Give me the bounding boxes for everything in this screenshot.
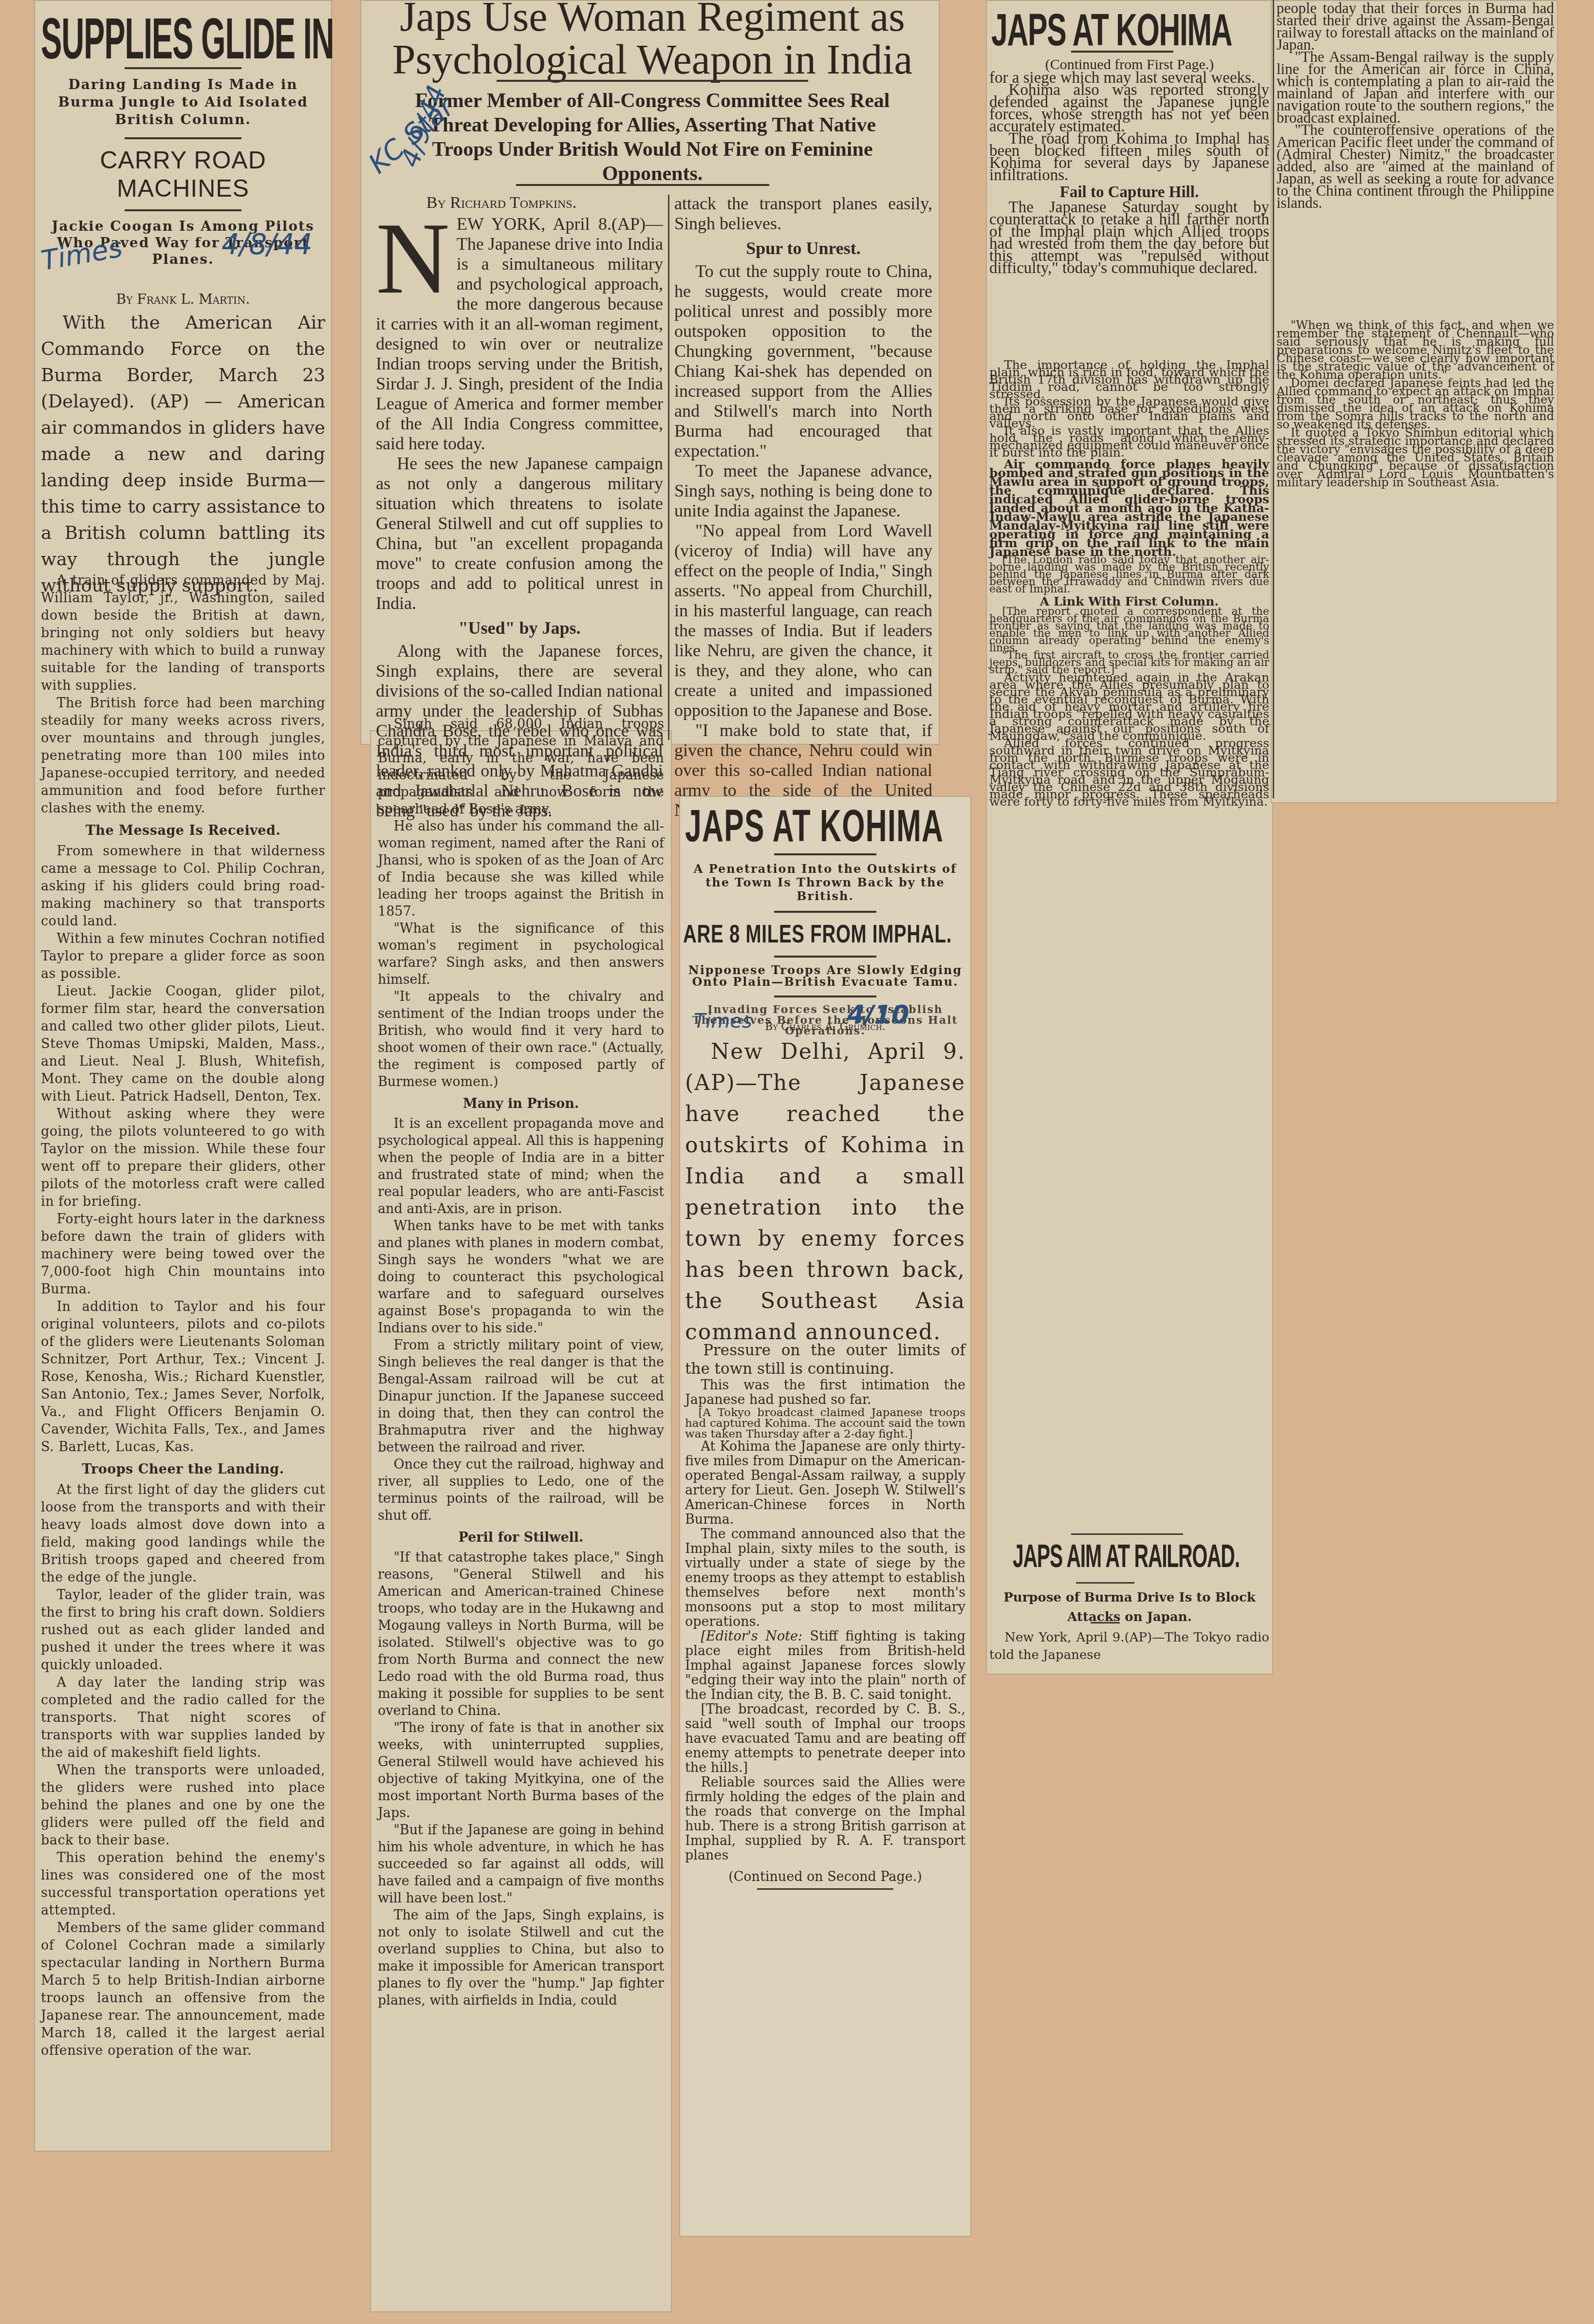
paragraph: In addition to Taylor and his four origi… <box>41 1298 325 1456</box>
paragraph: It is an excellent propaganda move and p… <box>378 1115 664 1217</box>
paragraph: Singh said 68,000 Indian troops captured… <box>378 716 664 818</box>
subhead: "Used" by Japs. <box>376 618 663 638</box>
paragraph: A day later the landing strip was comple… <box>41 1674 325 1762</box>
paragraph: The road from Kohima to Imphal has been … <box>989 133 1269 182</box>
paragraph: [The report quoted a correspondent at th… <box>989 608 1269 652</box>
drop-cap: N <box>376 217 450 300</box>
subhead: Troops Cheer the Landing. <box>41 1461 325 1478</box>
paragraph: New York, April 9.(AP)—The Tokyo radio t… <box>989 1629 1269 1664</box>
subhead: Many in Prison. <box>378 1095 664 1112</box>
paragraph: "If that catastrophe takes place," Singh… <box>378 1549 664 1719</box>
paragraph: attack the transport planes easily, Sing… <box>674 194 932 234</box>
paragraph: To cut the supply route to China, he sug… <box>674 261 932 461</box>
subhead: Fail to Capture Hill. <box>989 186 1269 199</box>
paragraph: It also is vastly important that the All… <box>989 427 1269 456</box>
paragraph: When tanks have to be met with tanks and… <box>378 1217 664 1337</box>
paragraph: Once they cut the railroad, highway and … <box>378 1456 664 1524</box>
headline-secondary: ARE 8 MILES FROM IMPHAL. <box>683 920 896 949</box>
deck: Nipponese Troops Are Slowly Edging Onto … <box>684 964 966 988</box>
divider <box>125 209 241 211</box>
paragraph: At the first light of day the gliders cu… <box>41 1481 325 1586</box>
paragraph: From somewhere in that wilderness came a… <box>41 843 325 930</box>
paragraph: When the transports were unloaded, the g… <box>41 1762 325 1849</box>
divider <box>497 80 808 82</box>
paragraph: Reliable sources said the Allies were fi… <box>685 1775 965 1863</box>
paragraph: He also has under his command the all-wo… <box>378 818 664 920</box>
deck: Purpose of Burma Drive Is to Block Attac… <box>988 1588 1271 1627</box>
editor-note: [Editor's Note: Stiff fighting is taking… <box>685 1629 965 1702</box>
column-1-continued: The importance of holding the Imphal pla… <box>989 361 1269 805</box>
paragraph: Without asking where they were going, th… <box>41 1106 325 1211</box>
paragraph: To meet the Japanese advance, Singh says… <box>674 461 932 521</box>
continued-note: (Continued on Second Page.) <box>685 1870 965 1884</box>
end-rule <box>757 1888 893 1890</box>
headline-secondary: CARRY ROAD MACHINES <box>34 146 332 203</box>
paragraph: This operation behind the enemy's lines … <box>41 1849 325 1919</box>
paragraph: The aim of the Japs, Singh explains, is … <box>378 1907 664 2009</box>
paragraph: "But if the Japanese are going in behind… <box>378 1822 664 1907</box>
paragraph: Pressure on the outer limits of the town… <box>685 1341 965 1378</box>
byline: By Frank L. Martin. <box>34 291 332 307</box>
headline: Japs Use Woman Regiment as Psychological… <box>370 0 935 81</box>
paragraph: "The counteroffensive operations of the … <box>1277 124 1554 209</box>
paragraph: Domei declared Japanese feints had led t… <box>1277 379 1554 429</box>
paragraph: At Kohima the Japanese are only thirty-f… <box>685 1439 965 1527</box>
paragraph: "What is the significance of this woman'… <box>378 920 664 988</box>
clipping-kohima-front: JAPS AT KOHIMA A Penetration Into the Ou… <box>679 796 971 2237</box>
headline-secondary: JAPS AIM AT RAILROAD. <box>1013 1537 1240 1574</box>
article-body-continued: Pressure on the outer limits of the town… <box>685 1341 965 1890</box>
headline: JAPS AT KOHIMA <box>685 801 944 852</box>
paragraph: Taylor, leader of the glider train, was … <box>41 1586 325 1674</box>
deck: A Penetration Into the Outskirts of the … <box>684 862 966 903</box>
byline: By Charles A. Grumich. <box>679 1021 971 1033</box>
article-body-continued: A train of gliders commanded by Maj. Wil… <box>41 572 325 2060</box>
divider <box>1076 1582 1134 1584</box>
divider <box>125 137 241 139</box>
paragraph: New Delhi, April 9. (AP)—The Japanese ha… <box>685 1036 965 1348</box>
column-2: attack the transport planes easily, Sing… <box>674 194 932 820</box>
paragraph: A train of gliders commanded by Maj. Wil… <box>41 572 325 695</box>
paragraph: "When we think of this fact, and when we… <box>1277 321 1554 379</box>
subhead: Spur to Unrest. <box>674 239 932 258</box>
subhead: A Link With First Column. <box>989 598 1269 605</box>
column-1-continued: Singh said 68,000 Indian troops captured… <box>378 716 664 2009</box>
paragraph: "It appeals to the chivalry and sentimen… <box>378 988 664 1090</box>
paragraph: Within a few minutes Cochran notified Ta… <box>41 930 325 983</box>
paragraph: "No appeal from Lord Wavell (viceroy of … <box>674 521 932 720</box>
paragraph: [A Tokyo broadcast claimed Japanese troo… <box>685 1407 965 1439</box>
divider <box>516 184 769 186</box>
deck: Daring Landing Is Made in Burma Jungle t… <box>39 76 327 129</box>
paragraph: Members of the same glider command of Co… <box>41 1919 325 2060</box>
headline: JAPS AT KOHIMA <box>991 5 1232 56</box>
paragraph: From a strictly military point of view, … <box>378 1337 664 1456</box>
paragraph: Its possession by the Japanese would giv… <box>989 398 1269 427</box>
paragraph: [The broadcast, recorded by C. B. S., sa… <box>685 1702 965 1775</box>
divider <box>1071 51 1173 53</box>
paragraph: Allied forces continued progress southwa… <box>989 739 1269 805</box>
column-1: for a siege which may last several weeks… <box>989 72 1269 275</box>
divider <box>1091 1622 1120 1623</box>
paragraph: Lieut. Jackie Coogan, glider pilot, form… <box>41 983 325 1106</box>
paragraph: The British force had been marching stea… <box>41 695 325 817</box>
deck: Former Member of All-Congress Committee … <box>370 89 935 186</box>
paragraph: He sees the new Japanese campaign as not… <box>376 454 663 613</box>
paragraph: [The London radio said today that anothe… <box>989 556 1269 593</box>
paragraph: people today that their forces in Burma … <box>1277 2 1554 51</box>
column-divider <box>1273 0 1274 798</box>
subhead: The Message Is Received. <box>41 822 325 840</box>
paragraph: This was the first intimation the Japane… <box>685 1378 965 1407</box>
divider <box>774 911 876 913</box>
paragraph: With the American Air Commando Force on … <box>41 310 325 599</box>
paragraph: "The Assam-Bengal railway is the supply … <box>1277 51 1554 124</box>
clipping-supplies-glide-in: SUPPLIES GLIDE IN Daring Landing Is Made… <box>34 0 332 2152</box>
editor-note-label: [Editor's Note: <box>701 1629 802 1644</box>
subhead: Peril for Stilwell. <box>378 1529 664 1546</box>
column-2-continued: "When we think of this fact, and when we… <box>1277 321 1554 487</box>
handwritten-date: 4/8/44 <box>222 228 313 261</box>
rail-lead: New York, April 9.(AP)—The Tokyo radio t… <box>989 1629 1269 1664</box>
divider <box>774 853 876 855</box>
paragraph: Forty-eight hours later in the darkness … <box>41 1211 325 1298</box>
article-body: With the American Air Commando Force on … <box>41 310 325 599</box>
paragraph: "The irony of fate is that in another si… <box>378 1719 664 1822</box>
paragraph: Kohima also was reported strongly defend… <box>989 84 1269 133</box>
paragraph: The importance of holding the Imphal pla… <box>989 361 1269 398</box>
paragraph: Activity heightened again in the Arakan … <box>989 674 1269 739</box>
article-body: New Delhi, April 9. (AP)—The Japanese ha… <box>685 1036 965 1348</box>
paragraph: It quoted a Tokyo Shimbun editorial whic… <box>1277 429 1554 487</box>
column-divider <box>668 195 669 740</box>
divider <box>774 956 876 958</box>
paragraph: The Japanese Saturday sought by countera… <box>989 202 1269 275</box>
divider <box>1071 1533 1183 1535</box>
paragraph: The command announced also that the Imph… <box>685 1527 965 1629</box>
paragraph: Air commando force planes heavily bombed… <box>989 460 1269 556</box>
divider <box>774 996 876 997</box>
column-2: people today that their forces in Burma … <box>1277 2 1554 209</box>
headline: SUPPLIES GLIDE IN <box>41 6 334 72</box>
